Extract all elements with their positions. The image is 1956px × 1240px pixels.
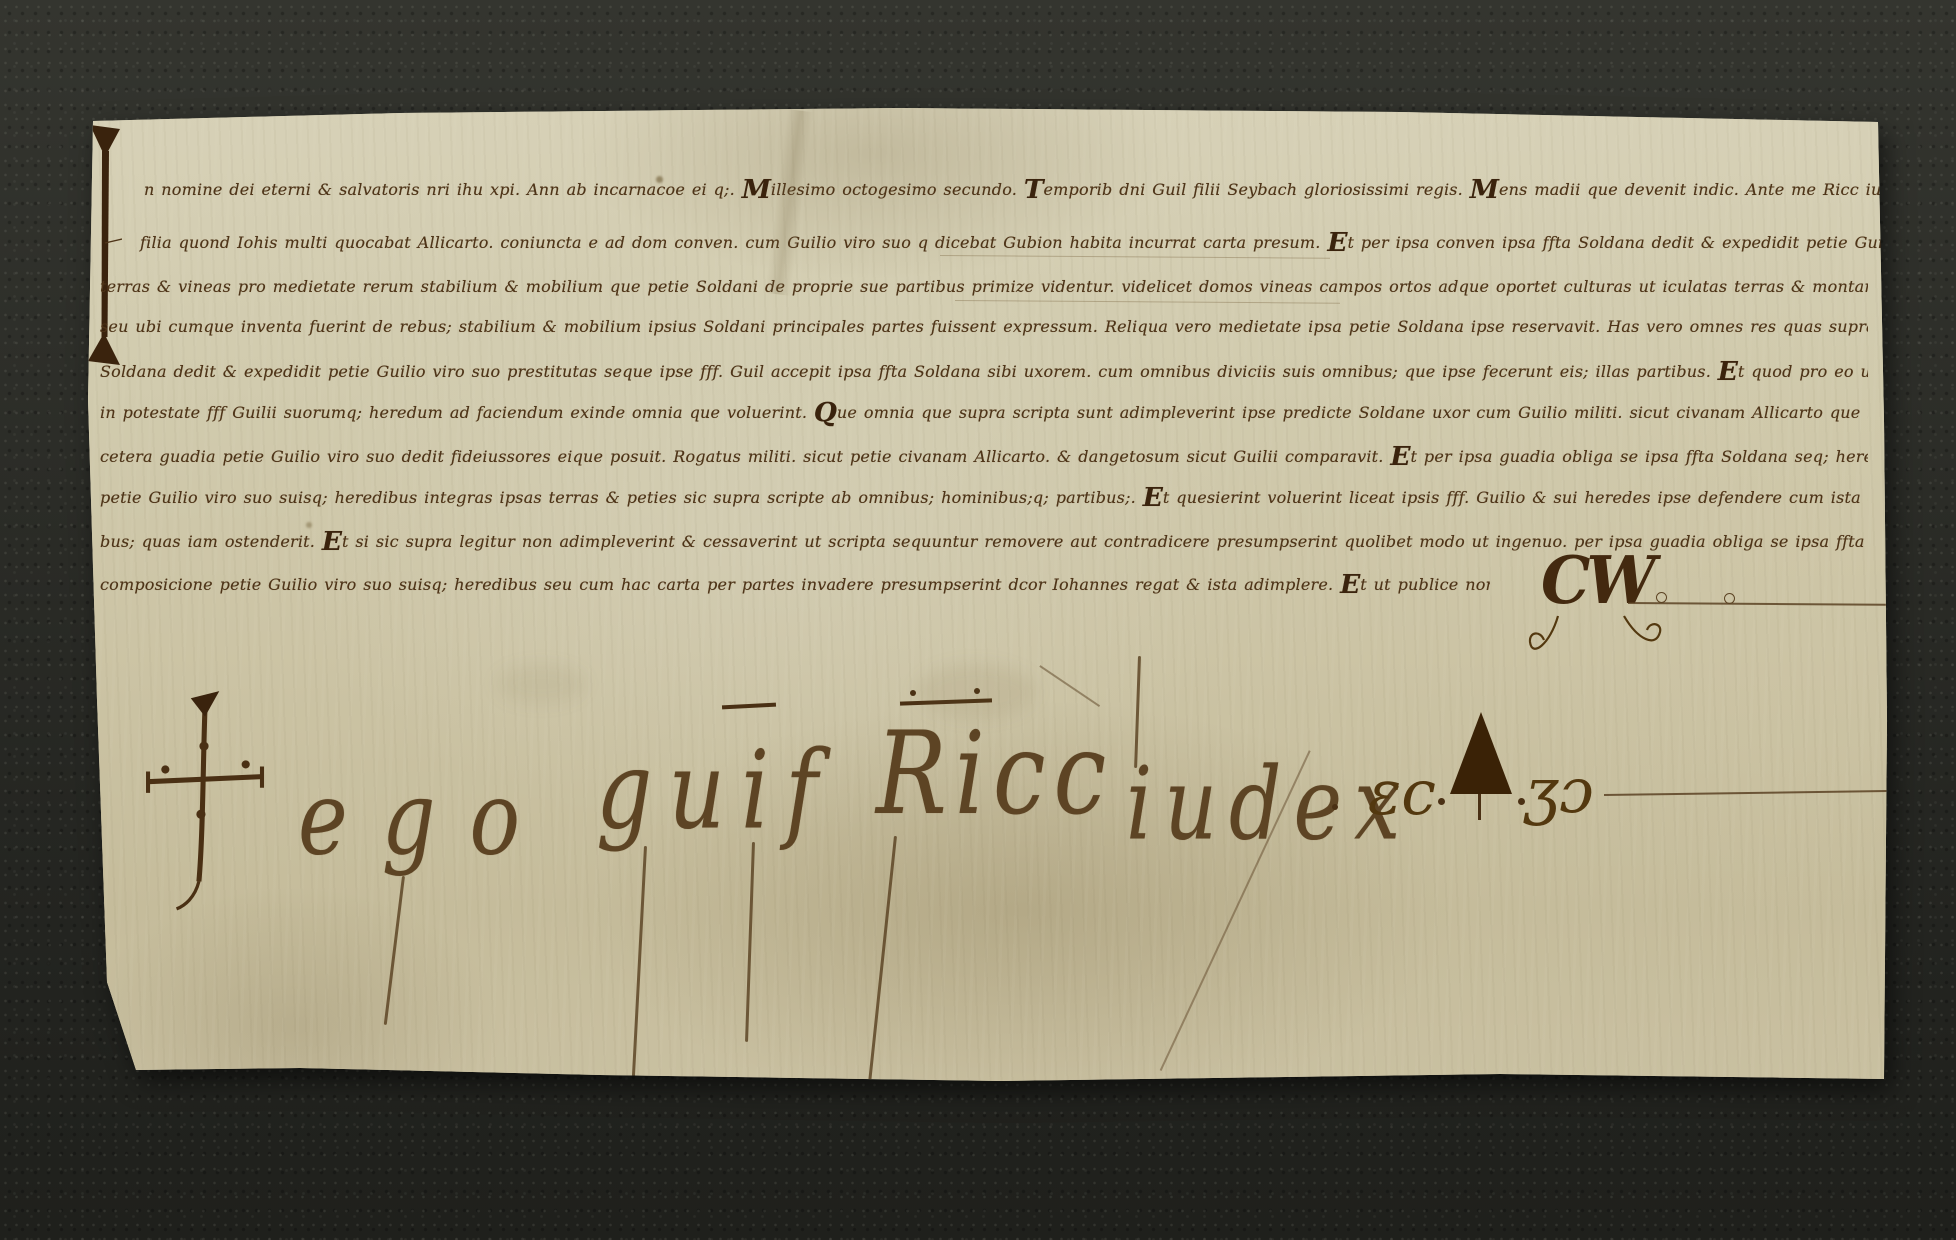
- script-text: ens madii que devenit indic. Ante me Ric…: [1499, 180, 1912, 199]
- script-text: cetera guadia petie Guilio viro suo dedi…: [100, 447, 1390, 466]
- enlarged-initial: E: [1143, 482, 1163, 513]
- descender-stroke: [745, 842, 754, 1042]
- enlarged-initial: M: [1470, 174, 1499, 205]
- script-text: filia quond Iohis multi quocabat Allicar…: [140, 233, 1327, 252]
- script-text: t quod pro eo ut semper sint: [1738, 362, 1868, 381]
- rule-loop: [1724, 593, 1735, 604]
- script-text: bus; quas iam ostenderit.: [100, 532, 322, 551]
- notarial-cross-icon: [134, 682, 274, 916]
- text-line: terras & vineas pro medietate rerum stab…: [100, 270, 1868, 304]
- stain-blotch: [496, 664, 586, 704]
- script-text: seu ubi cumque inventa fuerint de rebus;…: [100, 317, 1868, 336]
- notary-monogram: CW: [1541, 542, 1652, 619]
- script-text: terras & vineas pro medietate rerum stab…: [100, 277, 1868, 296]
- text-line: Soldana dedit & expedidit petie Guilio v…: [100, 355, 1868, 389]
- flourish-dot: [1438, 798, 1445, 805]
- text-line: petie Guilio viro suo suisq; heredibus i…: [100, 481, 1868, 515]
- enlarged-initial: E: [1718, 356, 1738, 387]
- flourish-right: ʒɔ: [1524, 754, 1594, 827]
- monogram-flourish: [1528, 614, 1678, 674]
- descender-stroke: [631, 846, 647, 1096]
- enlarged-initial: M: [742, 174, 771, 205]
- script-text: composicione petie Guilio viro suo suisq…: [100, 575, 1340, 594]
- parchment-shadow-wrapper: n nomine dei eterni & salvatoris nri ihu…: [76, 104, 1890, 1086]
- separator-dot: [1332, 804, 1338, 810]
- text-line: composicione petie Guilio viro suo suisq…: [100, 568, 1490, 602]
- descender-stroke: [866, 836, 896, 1103]
- script-text: illesimo octogesimo secundo.: [771, 180, 1024, 199]
- triangle-stem: [1478, 794, 1481, 820]
- enlarged-initial: Q: [814, 397, 837, 428]
- script-text: Soldana dedit & expedidit petie Guilio v…: [100, 362, 1718, 381]
- enlarged-initial: E: [1340, 569, 1360, 600]
- enlarged-initial: T: [1024, 174, 1044, 205]
- script-text: ue omnia que supra scripta sunt adimplev…: [837, 403, 1868, 422]
- enlarged-initial: E: [1327, 227, 1347, 258]
- enlarged-initial: E: [322, 526, 342, 557]
- script-text: t ut publice nora scribere iussi.: [1360, 575, 1490, 594]
- text-line: in potestate fff Guilii suorumq; heredum…: [100, 396, 1868, 430]
- text-line: seu ubi cumque inventa fuerint de rebus;…: [100, 310, 1868, 344]
- signature-rule-line: [1604, 790, 1900, 796]
- parchment-charter: n nomine dei eterni & salvatoris nri ihu…: [76, 104, 1890, 1086]
- stain-blotch: [916, 664, 1036, 719]
- script-text: petie Guilio viro suo suisq; heredibus i…: [100, 488, 1143, 507]
- photograph-of-charter: { "scene": { "mat_color": "#272823", "pa…: [0, 0, 1956, 1240]
- script-text: in potestate fff Guilii suorumq; heredum…: [100, 403, 814, 422]
- script-text: n nomine dei eterni & salvatoris nri ihu…: [144, 180, 742, 199]
- text-line: n nomine dei eterni & salvatoris nri ihu…: [100, 173, 1912, 207]
- script-text: t per ipsa guadia obliga se ipsa ffta So…: [1410, 447, 1868, 466]
- ink-fleck: [656, 176, 663, 183]
- flourish-left: ɛc: [1368, 756, 1436, 829]
- notarial-triangle-icon: [1450, 712, 1512, 794]
- pen-trial-slash: [1040, 665, 1101, 707]
- ink-fleck: [306, 522, 312, 528]
- enlarged-initial: E: [1390, 441, 1410, 472]
- rule-loop: [1656, 592, 1667, 603]
- text-line: cetera guadia petie Guilio viro suo dedi…: [100, 440, 1868, 474]
- script-text: t per ipsa conven ipsa ffta Soldana dedi…: [1347, 233, 1908, 252]
- signature-word: ego: [298, 758, 554, 878]
- descender-stroke: [384, 876, 405, 1025]
- signature-word: Ricc: [876, 708, 1114, 841]
- signature-word: guif: [596, 727, 834, 853]
- script-text: emporib dni Guil filii Seybach gloriosis…: [1044, 180, 1470, 199]
- ascender-crossbar: [722, 703, 776, 710]
- script-text: t quesierint voluerint liceat ipsis fff.…: [1163, 488, 1868, 507]
